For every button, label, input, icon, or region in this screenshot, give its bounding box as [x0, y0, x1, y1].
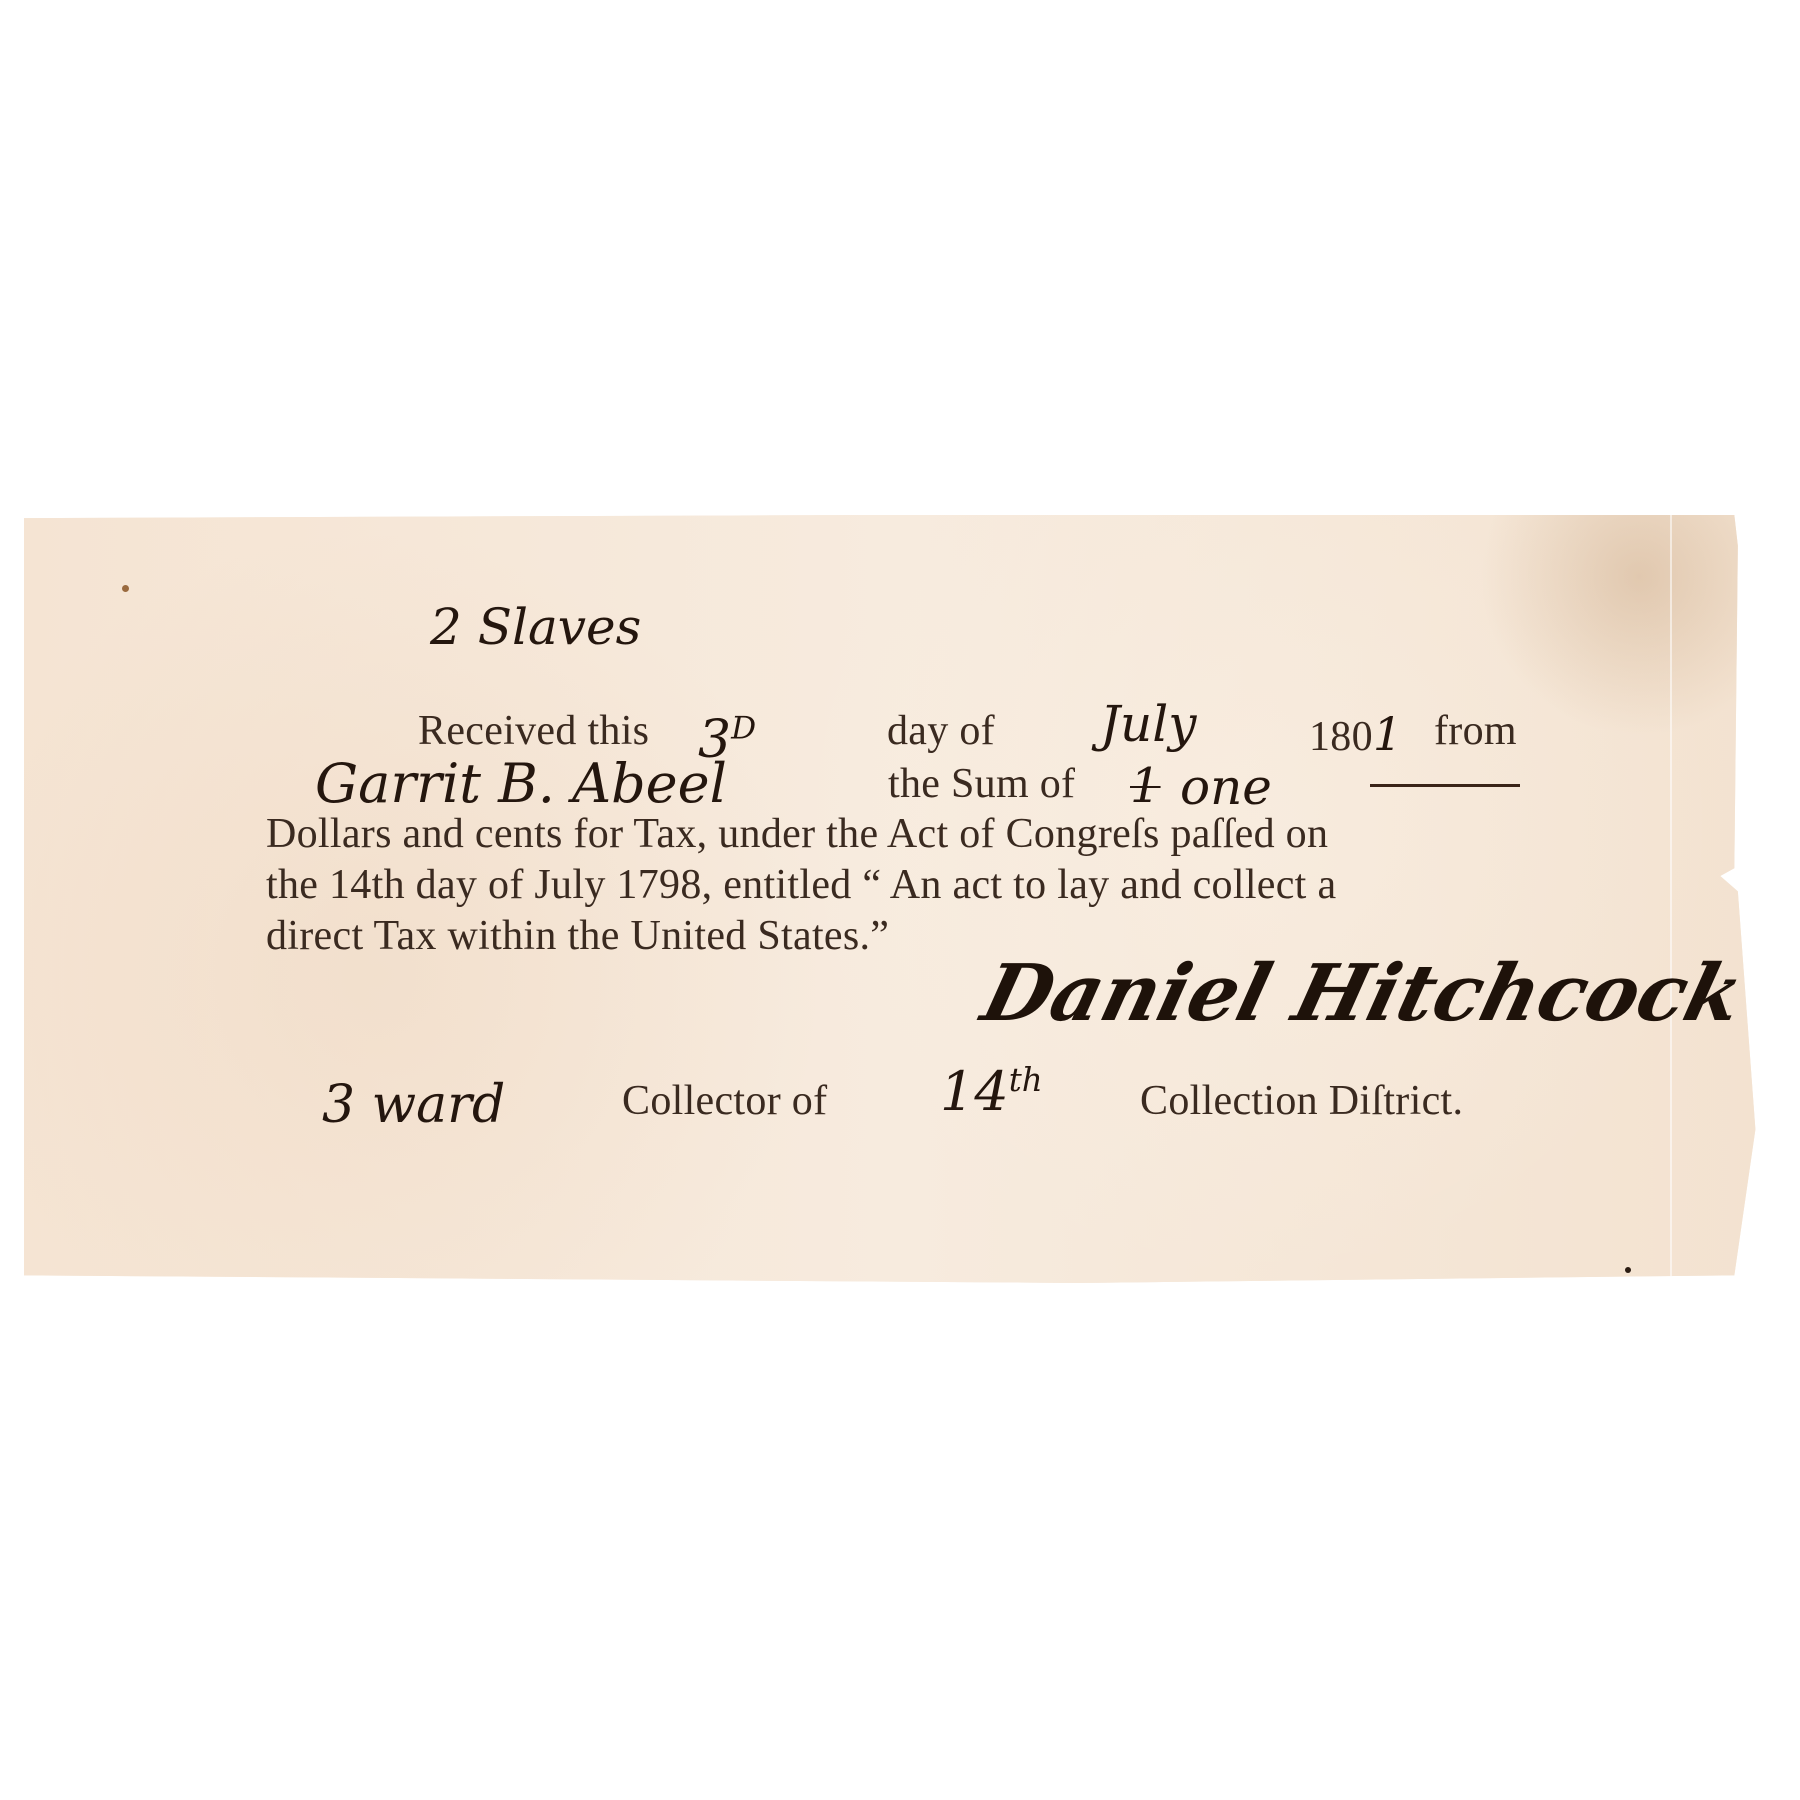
- amount-fill-rule: [1370, 784, 1520, 787]
- paper-fold-crease: [1670, 515, 1672, 1283]
- printed-body-line-2: the 14th day of July 1798, entitled “ An…: [266, 861, 1336, 909]
- printed-day-of: day of: [887, 707, 995, 755]
- year-field: 1801: [1309, 707, 1402, 761]
- printed-body-line-1: Dollars and cents for Tax, under the Act…: [266, 810, 1328, 858]
- printed-the-sum-of: the Sum of: [888, 760, 1075, 808]
- handwritten-struck-amount: 1: [1130, 758, 1161, 814]
- printed-collector-of: Collector of: [622, 1077, 827, 1125]
- handwritten-month: July: [1100, 695, 1196, 753]
- handwritten-ward: 3 ward: [322, 1075, 505, 1135]
- ink-speck: [1625, 1267, 1631, 1273]
- printed-from: from: [1434, 707, 1517, 755]
- handwritten-district-number: 14th: [940, 1060, 1043, 1123]
- handwritten-amount: one: [1180, 758, 1272, 816]
- district-suffix: th: [1009, 1061, 1043, 1099]
- handwritten-year-digit: 1: [1373, 707, 1403, 761]
- day-suffix: D: [731, 711, 756, 747]
- printed-body-line-3: direct Tax within the United States.”: [266, 912, 889, 960]
- handwritten-payer-name: Garrit B. Abeel: [315, 752, 727, 815]
- collector-signature: Daniel Hitchcock: [974, 948, 1752, 1039]
- stain-spot: [122, 585, 129, 592]
- printed-collection-district: Collection Diſtrict.: [1140, 1077, 1463, 1125]
- printed-received-this: Received this: [418, 707, 649, 755]
- handwritten-annotation: 2 Slaves: [430, 598, 641, 656]
- printed-year-prefix: 180: [1309, 714, 1373, 760]
- district-number: 14: [940, 1060, 1009, 1123]
